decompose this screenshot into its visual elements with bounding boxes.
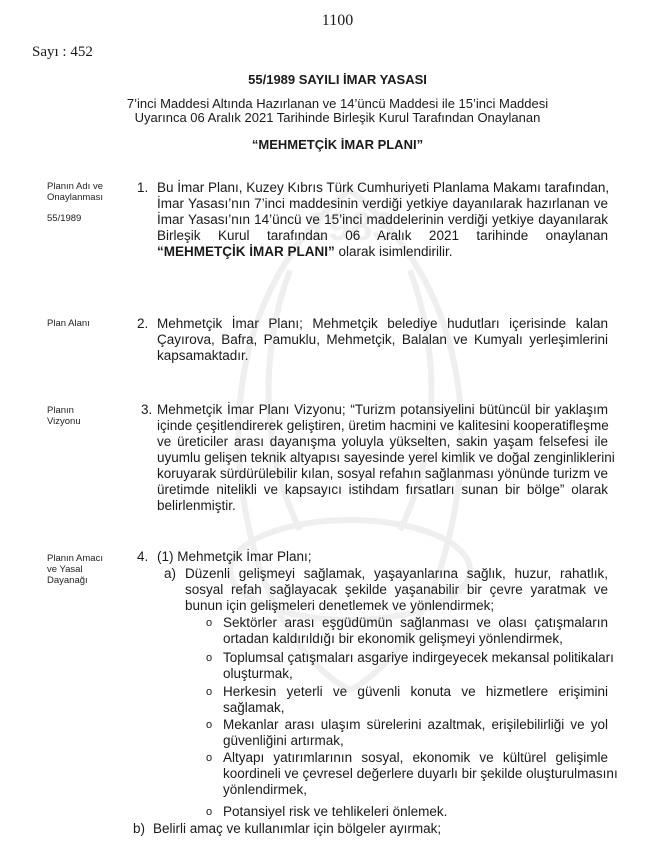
item-b-label: b) bbox=[133, 821, 145, 837]
bullet-circle-icon: o bbox=[206, 719, 212, 731]
bullet-item: Sektörler arası eşgüdümün sağlanması ve … bbox=[223, 615, 608, 647]
margin-label-text: Planın bbox=[47, 405, 81, 416]
bullet-item: Toplumsal çatışmaları asgariye indirgeye… bbox=[223, 650, 608, 682]
bullet-circle-icon: o bbox=[206, 617, 212, 629]
margin-label-article-3: Planın Vizyonu bbox=[47, 405, 81, 427]
text-line: Birleşik Kurul tarafından 06 Aralık 2021… bbox=[157, 228, 608, 244]
plan-title: “MEHMETÇİK İMAR PLANI” bbox=[0, 137, 655, 152]
margin-label-article-4: Planın Amacı ve Yasal Dayanağı bbox=[47, 553, 103, 586]
text-line: güvenliğini artırmak, bbox=[223, 733, 608, 749]
bullet-circle-icon: o bbox=[206, 652, 212, 664]
bullet-circle-icon: o bbox=[206, 686, 212, 698]
law-subtitle: 7’inci Maddesi Altında Hazırlanan ve 14’… bbox=[0, 97, 655, 125]
page-number: 1100 bbox=[0, 12, 655, 30]
text-line: içinde çeşitlendirerek geliştiren, üreti… bbox=[157, 418, 608, 434]
subtitle-line: Uyarınca 06 Aralık 2021 Tarihinde Birleş… bbox=[0, 111, 655, 125]
text-line: koruyarak sürdürülebilir kılan, sosyal r… bbox=[157, 466, 608, 482]
bullet-circle-icon: o bbox=[206, 806, 212, 818]
text-line: “MEHMETÇİK İMAR PLANI” olarak isimlendir… bbox=[157, 244, 608, 260]
subtitle-line: 7’inci Maddesi Altında Hazırlanan ve 14’… bbox=[0, 97, 655, 111]
margin-label-article-2: Plan Alanı bbox=[47, 318, 90, 329]
text-line: üretimde nitelikli ve kapsayıcı istihdam… bbox=[157, 482, 608, 498]
margin-law-reference: 55/1989 bbox=[47, 213, 103, 224]
article-number: 3. bbox=[141, 402, 152, 417]
margin-label-text: Planın Amacı bbox=[47, 553, 103, 564]
item-a-body: Düzenli gelişmeyi sağlamak, yaşayanların… bbox=[185, 566, 608, 614]
text-line: Mehmetçik İmar Planı; Mehmetçik belediye… bbox=[157, 316, 608, 332]
bullet-item: Potansiyel risk ve tehlikeleri önlemek. bbox=[223, 804, 608, 820]
text-line: sosyal refah sağlayacak şekilde yaşanabi… bbox=[185, 582, 608, 598]
text-line: Bu İmar Planı, Kuzey Kıbrıs Türk Cumhuri… bbox=[157, 180, 608, 196]
article-number: 2. bbox=[137, 316, 148, 331]
article-4-intro: (1) Mehmetçik İmar Planı; bbox=[157, 549, 312, 565]
text-line: Sektörler arası eşgüdümün sağlanması ve … bbox=[223, 615, 608, 631]
text-line: yönlendirmek, bbox=[223, 782, 608, 798]
law-title: 55/1989 SAYILI İMAR YASASI bbox=[0, 72, 655, 87]
article-3-body: Mehmetçik İmar Planı Vizyonu; “Turizm po… bbox=[157, 402, 608, 514]
text-line: belirlenmiştir. bbox=[157, 498, 608, 514]
text-line: Mekanlar arası ulaşım sürelerini azaltma… bbox=[223, 717, 608, 733]
text-line: Düzenli gelişmeyi sağlamak, yaşayanların… bbox=[185, 566, 608, 582]
text-line: sağlamak, bbox=[223, 700, 608, 716]
document-page: 1983 1100 Sayı : 452 55/1989 SAYILI İMAR… bbox=[0, 0, 655, 861]
text-line: Altyapı yatırımlarının sosyal, ekonomik … bbox=[223, 750, 608, 766]
text-line: uyumlu gelişen teknik altyapısı sayesind… bbox=[157, 450, 608, 466]
text-fragment: olarak isimlendirilir. bbox=[335, 244, 453, 259]
text-line: Herkesin yeterli ve güvenli konuta ve hi… bbox=[223, 684, 608, 700]
plan-name-bold: “MEHMETÇİK İMAR PLANI” bbox=[157, 244, 335, 259]
margin-label-text: Dayanağı bbox=[47, 575, 103, 586]
text-line: koordineli ve çevresel değerlere duyarlı… bbox=[223, 766, 608, 782]
text-line: Potansiyel risk ve tehlikeleri önlemek. bbox=[223, 804, 608, 820]
article-number: 4. bbox=[137, 549, 148, 564]
article-2-body: Mehmetçik İmar Planı; Mehmetçik belediye… bbox=[157, 316, 608, 364]
bullet-item: Herkesin yeterli ve güvenli konuta ve hi… bbox=[223, 684, 608, 716]
article-1-body: Bu İmar Planı, Kuzey Kıbrıs Türk Cumhuri… bbox=[157, 180, 608, 260]
text-line: Mehmetçik İmar Planı Vizyonu; “Turizm po… bbox=[157, 402, 608, 418]
bullet-item: Altyapı yatırımlarının sosyal, ekonomik … bbox=[223, 750, 608, 798]
text-line: oluşturmak, bbox=[223, 666, 608, 682]
item-b-text: Belirli amaç ve kullanımlar için bölgele… bbox=[153, 821, 441, 837]
issue-number: Sayı : 452 bbox=[32, 44, 93, 61]
bullet-item: Mekanlar arası ulaşım sürelerini azaltma… bbox=[223, 717, 608, 749]
margin-label-text: Onaylanması bbox=[47, 192, 103, 203]
text-line: İmar Yasası’nın 14’üncü ve 15’inci madde… bbox=[157, 212, 608, 228]
text-line: bunun için gelişmeleri denetlemek ve yön… bbox=[185, 598, 608, 614]
text-line: Toplumsal çatışmaları asgariye indirgeye… bbox=[223, 650, 608, 666]
text-line: ortadan kaldırıldığı bir ekonomik gelişm… bbox=[223, 631, 608, 647]
margin-label-article-1: Planın Adı ve Onaylanması 55/1989 bbox=[47, 181, 103, 224]
text-line: İmar Yasası’nın 7’inci maddesinin verdiğ… bbox=[157, 196, 608, 212]
text-line: Çayırova, Bafra, Pamuklu, Mehmetçik, Bal… bbox=[157, 332, 608, 348]
article-number: 1. bbox=[137, 180, 148, 195]
margin-label-text: Vizyonu bbox=[47, 416, 81, 427]
margin-label-text: Planın Adı ve bbox=[47, 181, 103, 192]
bullet-circle-icon: o bbox=[206, 752, 212, 764]
text-line: ve üreticiler arası dayanışma yoluyla yü… bbox=[157, 434, 608, 450]
margin-label-text: ve Yasal bbox=[47, 564, 103, 575]
text-line: kapsamaktadır. bbox=[157, 348, 608, 364]
item-a-label: a) bbox=[164, 566, 176, 582]
